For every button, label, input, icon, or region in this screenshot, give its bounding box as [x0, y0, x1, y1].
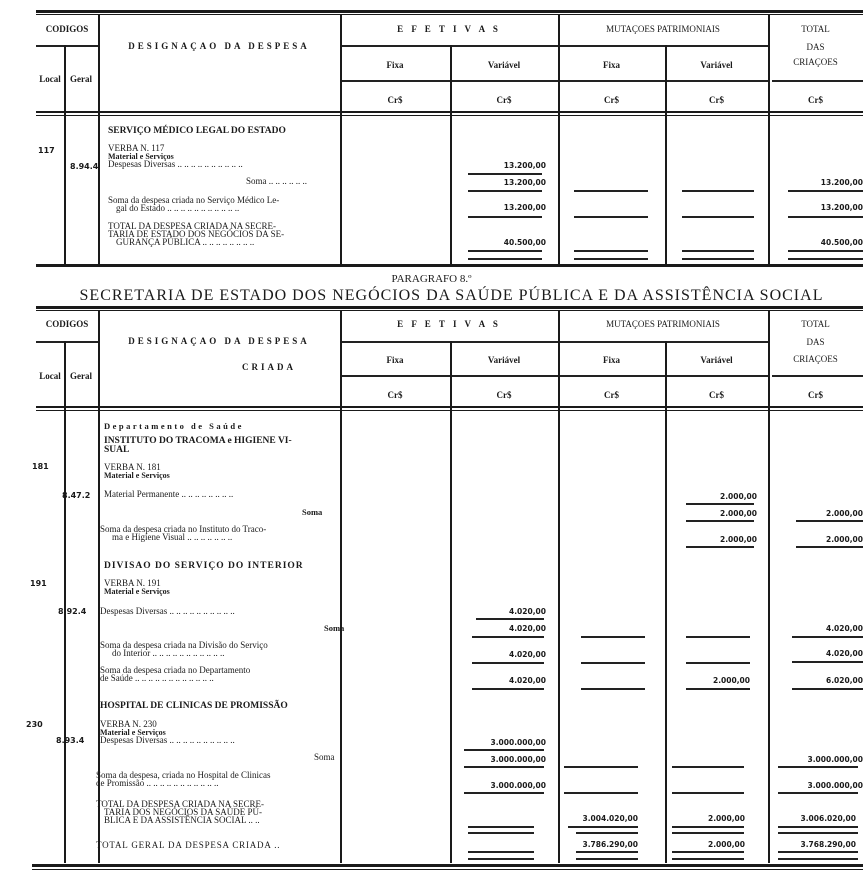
- rule: [36, 14, 863, 15]
- code-geral: 8.94.4: [70, 162, 98, 171]
- currency: Cr$: [665, 95, 768, 105]
- col-designacao: DESIGNAÇAO DA DESPESA: [98, 41, 340, 51]
- col-efetivas: E F E T I V A S: [340, 24, 558, 34]
- table-seguranca: CODIGOS Local Geral DESIGNAÇAO DA DESPES…: [36, 10, 863, 268]
- currency: Cr$: [340, 95, 450, 105]
- col-local: Local: [36, 74, 64, 84]
- code-geral: 8.47.2: [62, 491, 90, 500]
- code-geral: 8.92.4: [58, 607, 86, 616]
- code-local: 191: [30, 579, 47, 588]
- col-ef-variavel: Variável: [450, 60, 558, 70]
- currency: Cr$: [558, 95, 665, 105]
- table-saude: CODIGOS Local Geral DESIGNAÇAO DA DESPES…: [36, 306, 863, 874]
- currency: Cr$: [768, 95, 863, 105]
- col-ef-fixa: Fixa: [340, 60, 450, 70]
- paragraph-title: SECRETARIA DE ESTADO DOS NEGÓCIOS DA SAÚ…: [40, 287, 863, 305]
- col-geral: Geral: [64, 74, 98, 84]
- code-geral: 8.93.4: [56, 736, 84, 745]
- col-mut-fixa: Fixa: [558, 60, 665, 70]
- paragraph-label: PARAGRAFO 8.º: [0, 273, 863, 285]
- code-local: 230: [26, 720, 43, 729]
- code-local: 181: [32, 462, 49, 471]
- col-codigos: CODIGOS: [36, 24, 98, 34]
- total-geral-label: TOTAL GERAL DA DESPESA CRIADA ..: [96, 841, 280, 850]
- code-local: 117: [38, 146, 55, 155]
- department-title: Departamento de Saúde: [104, 422, 244, 431]
- currency: Cr$: [450, 95, 558, 105]
- col-total: TOTAL: [768, 24, 863, 34]
- col-mut-variavel: Variável: [665, 60, 768, 70]
- section-title: SERVIÇO MÉDICO LEGAL DO ESTADO: [108, 127, 286, 136]
- rule: [36, 10, 863, 13]
- col-mutacoes: MUTAÇOES PATRIMONIAIS: [558, 24, 768, 34]
